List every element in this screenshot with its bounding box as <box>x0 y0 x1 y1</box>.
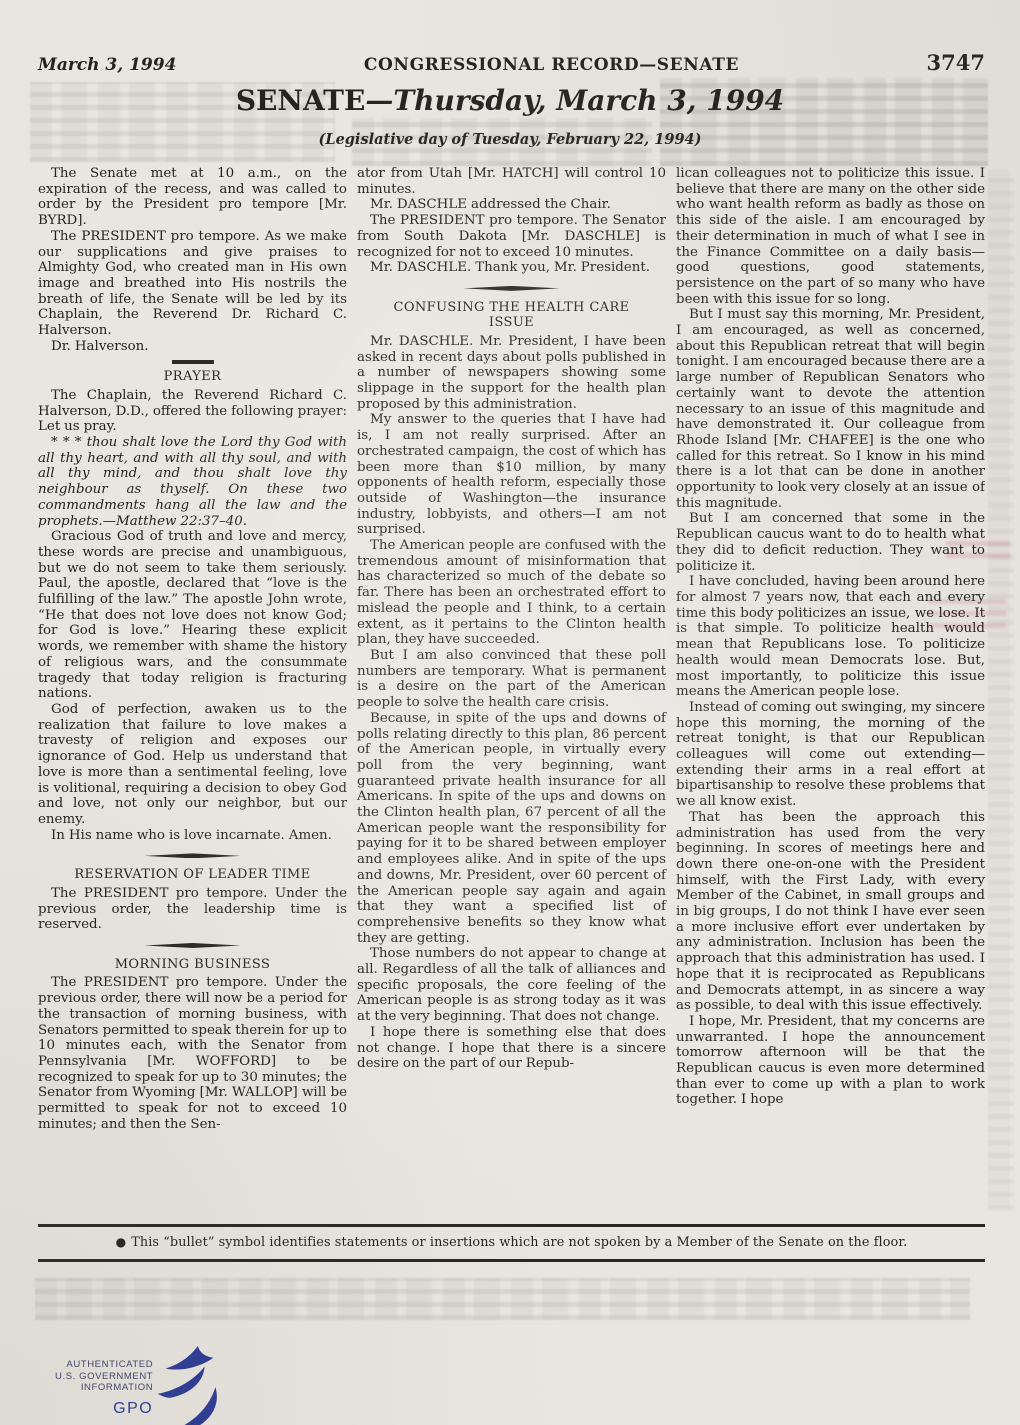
paragraph: My answer to the queries that I have had… <box>357 412 666 538</box>
paragraph: I hope, Mr. President, that my concerns … <box>676 1014 985 1108</box>
paragraph: Gracious God of truth and love and mercy… <box>38 529 347 702</box>
paragraph: The PRESIDENT pro tempore. The Senator f… <box>357 213 666 260</box>
legislative-day-note: (Legislative day of Tuesday, February 22… <box>0 131 1020 148</box>
paragraph: In His name who is love incarnate. Amen. <box>38 828 347 844</box>
paragraph: The Senate met at 10 a.m., on the expira… <box>38 166 347 229</box>
paragraph: Because, in spite of the ups and downs o… <box>357 711 666 947</box>
paragraph: ator from Utah [Mr. HATCH] will control … <box>357 166 666 197</box>
header-date: March 3, 1994 <box>38 55 176 75</box>
paragraph: Instead of coming out swinging, my since… <box>676 700 985 810</box>
section-heading: MORNING BUSINESS <box>38 957 347 973</box>
section-divider <box>145 943 241 948</box>
section-heading: PRAYER <box>38 369 347 385</box>
paragraph: The Chaplain, the Reverend Richard C. Ha… <box>38 388 347 435</box>
speaker-rule <box>172 360 214 364</box>
paragraph: God of perfection, awaken us to the real… <box>38 702 347 828</box>
gpo-line-government: U.S. GOVERNMENT <box>55 1371 153 1383</box>
bullet-symbol-note: ●This “bullet” symbol identifies stateme… <box>38 1224 985 1262</box>
congressional-record-page: { "page": { "date_line": "March 3, 1994"… <box>0 0 1020 1425</box>
bullet-icon: ● <box>116 1235 127 1249</box>
session-title: SENATE—Thursday, March 3, 1994 <box>0 84 1020 117</box>
section-heading: RESERVATION OF LEADER TIME <box>38 867 347 883</box>
session-title-date: —Thursday, March 3, 1994 <box>365 84 784 117</box>
article-columns: The Senate met at 10 a.m., on the expira… <box>38 166 985 1220</box>
gpo-eagle-icon <box>147 1345 229 1425</box>
paragraph: Mr. DASCHLE addressed the Chair. <box>357 197 666 213</box>
paragraph: I hope there is something else that does… <box>357 1025 666 1072</box>
bleedthrough-artifact <box>988 170 1014 1210</box>
column-2: ator from Utah [Mr. HATCH] will control … <box>357 166 666 1220</box>
paragraph: Dr. Halverson. <box>38 339 347 355</box>
paragraph: * * * thou shalt love the Lord thy God w… <box>38 435 347 529</box>
gpo-line-information: INFORMATION <box>55 1382 153 1394</box>
paragraph: lican colleagues not to politicize this … <box>676 166 985 307</box>
section-divider <box>145 853 241 858</box>
paragraph: Those numbers do not appear to change at… <box>357 946 666 1025</box>
paragraph: The PRESIDENT pro tempore. Under the pre… <box>38 886 347 933</box>
paragraph: The American people are confused with th… <box>357 538 666 648</box>
paragraph: I have concluded, having been around her… <box>676 574 985 700</box>
bleedthrough-artifact <box>35 1278 970 1320</box>
section-heading: CONFUSING THE HEALTH CARE ISSUE <box>357 300 666 331</box>
gpo-authentication-logo: AUTHENTICATED U.S. GOVERNMENT INFORMATIO… <box>55 1345 229 1425</box>
paragraph: But I must say this morning, Mr. Preside… <box>676 307 985 511</box>
column-3: lican colleagues not to politicize this … <box>676 166 985 1220</box>
paragraph: Mr. DASCHLE. Thank you, Mr. President. <box>357 260 666 276</box>
paragraph: The PRESIDENT pro tempore. Under the pre… <box>38 975 347 1132</box>
gpo-letters: GPO <box>55 1403 153 1415</box>
paragraph: That has been the approach this administ… <box>676 810 985 1014</box>
gpo-authentication-text: AUTHENTICATED U.S. GOVERNMENT INFORMATIO… <box>55 1359 153 1414</box>
header-page-number: 3747 <box>927 50 985 75</box>
paragraph: But I am also convinced that these poll … <box>357 648 666 711</box>
session-title-chamber: SENATE <box>236 84 366 117</box>
gpo-line-authenticated: AUTHENTICATED <box>55 1359 153 1371</box>
column-1: The Senate met at 10 a.m., on the expira… <box>38 166 347 1220</box>
paragraph: The PRESIDENT pro tempore. As we make ou… <box>38 229 347 339</box>
header-record-title: CONGRESSIONAL RECORD—SENATE <box>364 55 739 75</box>
paragraph: Mr. DASCHLE. Mr. President, I have been … <box>357 334 666 413</box>
bullet-note-text: This “bullet” symbol identifies statemen… <box>131 1235 907 1250</box>
running-head: March 3, 1994 CONGRESSIONAL RECORD—SENAT… <box>38 50 985 75</box>
section-divider <box>464 286 560 291</box>
paragraph: But I am concerned that some in the Repu… <box>676 511 985 574</box>
